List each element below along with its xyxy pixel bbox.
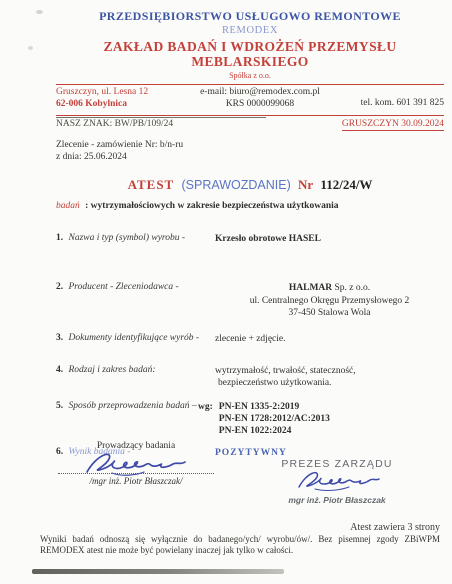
test-scope-line: badań : wytrzymałościowych w zakresie be…	[56, 201, 444, 211]
scan-speck	[28, 46, 33, 50]
items-list: 1. Nazwa i typ (symbol) wyrobu - Krzesło…	[56, 233, 444, 459]
standard-1: PN-EN 1335-2:2019	[219, 401, 330, 413]
standards-prefix: wg:	[198, 401, 213, 438]
company-phone: tel. kom. 601 391 825	[326, 87, 444, 111]
page-count-note: Atest zawiera 3 strony	[40, 522, 440, 533]
item-test-scope: 4. Rodzaj i zakres badań: wytrzymałość, …	[56, 365, 444, 390]
document-title: ATEST (SPRAWOZDANIE) Nr 112/24/W	[56, 177, 444, 193]
president-name: mgr inż. Piotr Błaszczak	[272, 495, 402, 505]
title-atest: ATEST	[128, 177, 175, 192]
item-label: Rodzaj i zakres badań:	[69, 365, 156, 375]
standard-3: PN-EN 1022:2024	[219, 425, 330, 437]
examiner-signature-block: Prowadzący badania /mgr inż. Piotr Błasz…	[58, 441, 214, 486]
scope-description: : wytrzymałościowych w zakresie bezpiecz…	[85, 201, 338, 211]
address-city: 62-006 Kobylnica	[56, 99, 194, 111]
reference-row: NASZ ZNAK: BW/PB/109/24 GRUSZCZYN 30.09.…	[56, 119, 444, 131]
item-label: Nazwa i typ (symbol) wyrobu -	[69, 233, 186, 243]
company-email-krs: e-mail: biuro@remodex.com.pl KRS 0000099…	[194, 87, 326, 111]
producer-name: HALMAR Sp. z o.o.	[215, 282, 444, 294]
item-label: Producent - Zleceniodawca -	[69, 282, 179, 292]
president-signature-block: PREZES ZARZĄDU mgr inż. Piotr Błaszczak	[272, 458, 402, 505]
document-footer: Atest zawiera 3 strony Wyniki badań odno…	[40, 522, 440, 556]
address-street: Gruszczyn, ul. Lesna 12	[56, 87, 194, 99]
our-reference: NASZ ZNAK: BW/PB/109/24	[56, 119, 173, 131]
item-number: 2.	[56, 282, 63, 292]
title-number: 112/24/W	[320, 177, 372, 192]
producer-value: HALMAR Sp. z o.o. ul. Centralnego Okręgu…	[215, 282, 444, 319]
producer-street: ul. Centralnego Okręgu Przemysłowego 2	[215, 295, 444, 307]
document-content: PRZEDSIĘBIORSTWO USŁUGOWO REMONTOWE REMO…	[56, 0, 444, 459]
order-block: Zlecenie - zamówienie Nr: b/n-ru z dnia:…	[56, 140, 444, 163]
handwritten-signature-left	[82, 449, 188, 479]
item-label: Sposób przeprowadzenia badań –	[69, 401, 197, 411]
scan-edge-artifact	[32, 569, 284, 574]
item-number: 1.	[56, 233, 63, 243]
title-report: (SPRAWOZDANIE)	[181, 178, 290, 192]
header-divider-bottom	[56, 115, 444, 116]
company-address: Gruszczyn, ul. Lesna 12 62-006 Kobylnica	[56, 87, 194, 111]
item-number: 5.	[56, 401, 63, 411]
company-name-line1: PRZEDSIĘBIORSTWO USŁUGOWO REMONTOWE	[56, 10, 444, 24]
letterhead: PRZEDSIĘBIORSTWO USŁUGOWO REMONTOWE REMO…	[56, 0, 444, 80]
item-test-method: 5. Sposób przeprowadzenia badań – wg: PN…	[56, 401, 444, 438]
scan-speck	[36, 10, 43, 14]
disclaimer-text: Wyniki badań odnoszą się wyłącznie do ba…	[40, 534, 440, 556]
header-divider-dark	[56, 117, 266, 118]
handwritten-signature-right	[293, 468, 381, 494]
standard-2: PN-EN 1728:2012/AC:2013	[219, 413, 330, 425]
krs-line: KRS 0000099068	[194, 99, 326, 111]
company-name-line2: REMODEX	[56, 25, 444, 37]
email-line: e-mail: biuro@remodex.com.pl	[194, 87, 326, 99]
item-product-name: 1. Nazwa i typ (symbol) wyrobu - Krzesło…	[56, 233, 444, 245]
standards-value: wg: PN-EN 1335-2:2019 PN-EN 1728:2012/AC…	[215, 401, 444, 438]
signature-dotted-line	[58, 473, 214, 474]
documents-value: zlecenie + zdjęcie.	[215, 333, 444, 345]
product-name-value: Krzesło obrotowe HASEL	[215, 233, 444, 245]
order-date-line: z dnia: 25.06.2024	[56, 152, 444, 163]
producer-city: 37-450 Stalowa Wola	[215, 307, 444, 319]
item-number: 3.	[56, 333, 63, 343]
place-and-date: GRUSZCZYN 30.09.2024	[342, 119, 444, 131]
item-number: 4.	[56, 365, 63, 375]
header-divider-top	[56, 84, 444, 85]
company-legal-form: Spółka z o.o.	[56, 71, 444, 80]
order-number-line: Zlecenie - zamówienie Nr: b/n-ru	[56, 140, 444, 151]
phone-line: tel. kom. 601 391 825	[326, 98, 444, 110]
item-label: Dokumenty identyfikujące wyrób -	[69, 333, 200, 343]
scanned-certificate-page: PRZEDSIĘBIORSTWO USŁUGOWO REMONTOWE REMO…	[0, 0, 452, 584]
item-producer: 2. Producent - Zleceniodawca - HALMAR Sp…	[56, 282, 444, 319]
standards-list: PN-EN 1335-2:2019 PN-EN 1728:2012/AC:201…	[219, 401, 330, 438]
test-scope-value: wytrzymałość, trwałość, stateczność, bez…	[215, 365, 444, 390]
title-nr-label: Nr	[298, 177, 313, 192]
scope-word: badań	[56, 201, 80, 211]
item-documents: 3. Dokumenty identyfikujące wyrób - zlec…	[56, 333, 444, 345]
company-name-line3: ZAKŁAD BADAŃ I WDROŻEŃ PRZEMYSŁU MEBLARS…	[56, 39, 444, 70]
contact-row: Gruszczyn, ul. Lesna 12 62-006 Kobylnica…	[56, 87, 444, 111]
